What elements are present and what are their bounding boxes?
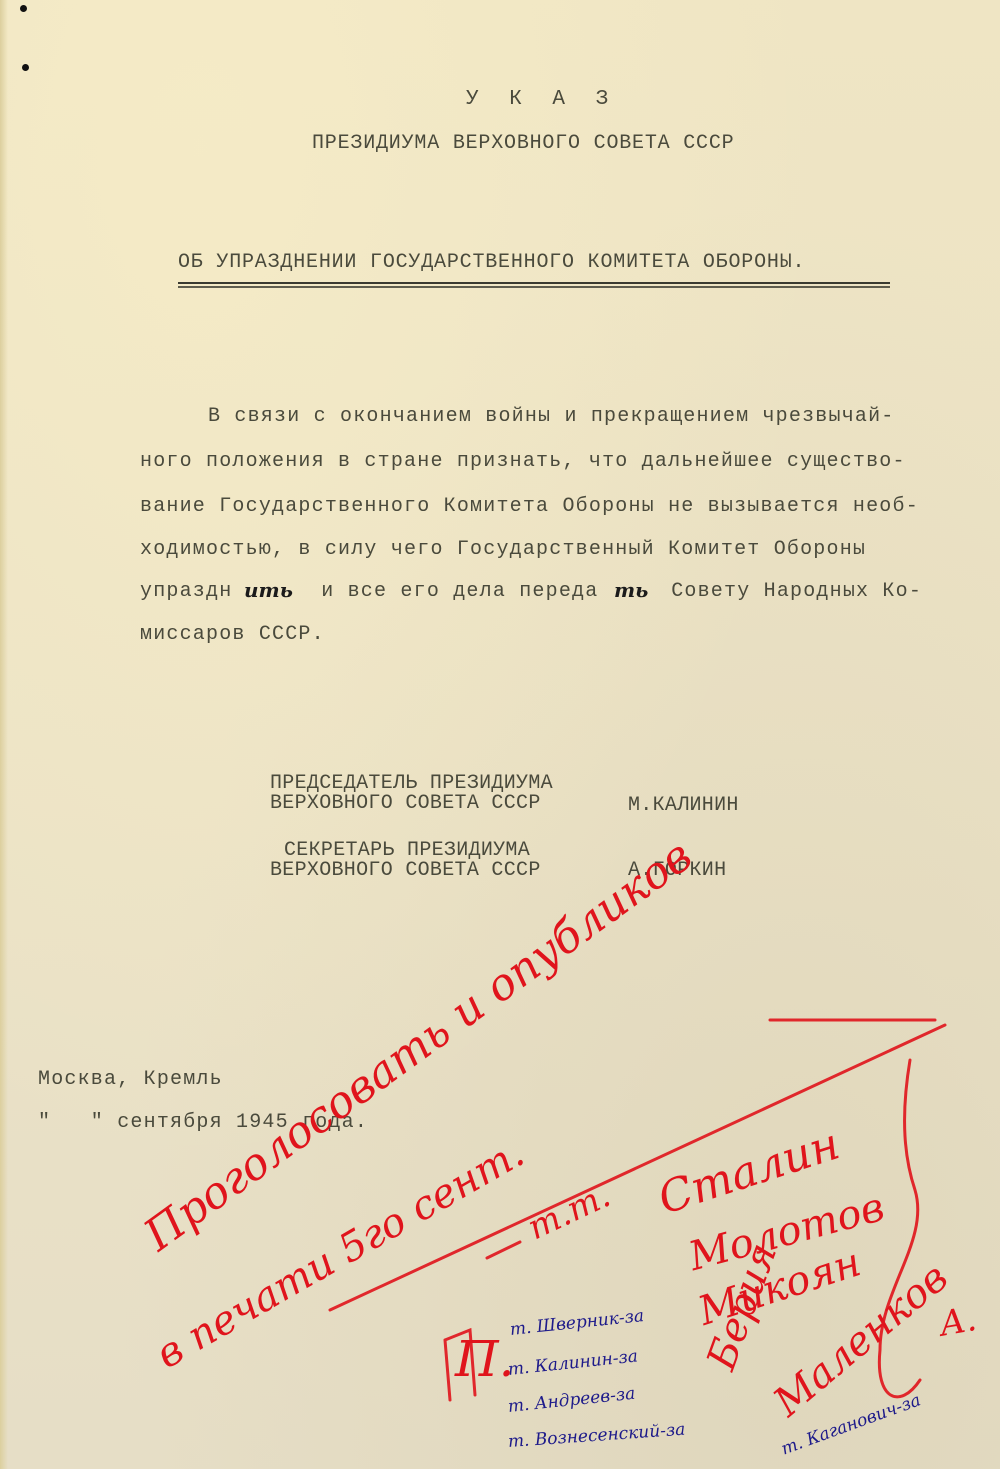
binding-hole-mark — [22, 64, 29, 71]
signatory-position: ВЕРХОВНОГО СОВЕТА СССР — [270, 795, 541, 813]
handwritten-correction: ть — [614, 578, 648, 602]
body-line: Совету Народных Ко- — [658, 580, 922, 603]
document-title: У К А З — [466, 88, 617, 111]
signatory-position: ПРЕДСЕДАТЕЛЬ ПРЕЗИДИУМА — [270, 775, 553, 793]
handwritten-correction: ить — [244, 578, 293, 602]
signatory-position: ВЕРХОВНОГО СОВЕТА СССР — [270, 862, 541, 880]
binding-hole-mark — [20, 5, 27, 12]
document-issuer: ПРЕЗИДИУМА ВЕРХОВНОГО СОВЕТА СССР — [312, 132, 734, 155]
red-signature-mark: А. — [937, 1299, 980, 1345]
signatory-position: СЕКРЕТАРЬ ПРЕЗИДИУМА — [284, 842, 530, 860]
subject-underline — [178, 282, 890, 284]
body-line: миссаров СССР. — [140, 623, 325, 646]
body-line: ного положения в стране признать, что да… — [140, 450, 906, 473]
body-line: упраздн — [140, 580, 232, 603]
document-subject: ОБ УПРАЗДНЕНИИ ГОСУДАРСТВЕННОГО КОМИТЕТА… — [178, 251, 805, 274]
paper-edge — [0, 0, 8, 1469]
body-line: и все его дела переда — [308, 580, 598, 603]
place-line: Москва, Кремль — [38, 1068, 223, 1091]
body-line: ходимостью, в силу чего Государственный … — [140, 538, 866, 561]
body-line: вание Государственного Комитета Обороны … — [140, 495, 919, 518]
subject-underline — [178, 286, 890, 288]
body-line: В связи с окончанием войны и прекращение… — [208, 405, 895, 428]
red-initial: П. — [455, 1330, 515, 1388]
signatory-name: М.КАЛИНИН — [628, 797, 739, 815]
